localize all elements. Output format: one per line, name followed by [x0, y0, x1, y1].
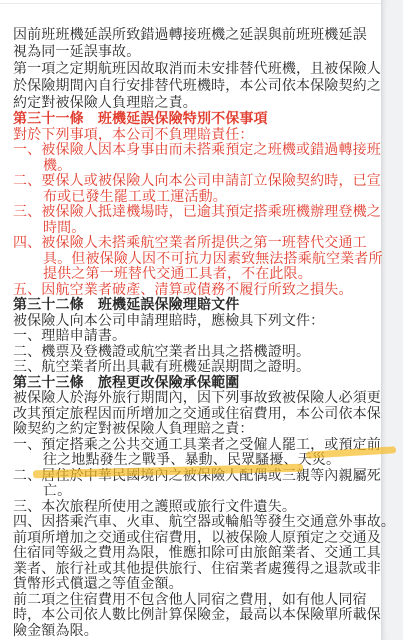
document-line: 時間。: [13, 221, 385, 237]
document-line: 第一項之定期航班因故取消而未安排替代班機，且被保險人: [13, 62, 385, 79]
document-line: 前二項之住宿費用不包含他人同宿之費用，如有他人同宿: [13, 593, 385, 609]
document-line: 視為同一延誤事故。: [13, 45, 385, 62]
document-line: 亡。: [13, 484, 385, 500]
document-line: 三、被保險人抵達機場時，已逾其預定搭乘班機辦理登機之: [13, 205, 385, 221]
document-line: 三、航空業者所出具載有班機延誤期間之證明。: [13, 360, 385, 376]
document-line: 具。但被保險人因不可抗力因素致無法搭乘航空業者所: [13, 252, 385, 268]
document-line: 一、理賠申請書。: [13, 329, 385, 345]
document-line: 四、被保險人未搭乘航空業者所提供之第一班替代交通工: [13, 236, 385, 252]
document-line: 住宿同等級之費用為限，惟應扣除可由旅館業者、交通工具: [13, 546, 385, 562]
document-line: 往之地點發生之戰爭、暴動、民眾騷擾、天災。: [13, 453, 385, 469]
policy-text-block: 因前班班機延誤所致錯過轉接班機之延誤與前班班機延誤視為同一延誤事故。第一項之定期…: [13, 28, 385, 639]
clause-heading: 第三十一條 班機延誤保險特別不保事項: [13, 112, 385, 128]
document-line: 因前班班機延誤所致錯過轉接班機之延誤與前班班機延誤: [13, 28, 385, 45]
document-line: 三、本次旅程所使用之護照或旅行文件遺失。: [13, 500, 385, 516]
document-line: 約定對被保險人負理賠之責。: [13, 96, 385, 113]
document-line: 改其預定旅程因而所增加之交通或住宿費用，本公司依本保: [13, 407, 385, 423]
document-line: 四、因搭乘汽車、火車、航空器或輪船等發生交通意外事故。: [13, 515, 385, 531]
document-line: 被保險人於海外旅行期間內，因下列事故致被保險人必須更: [13, 391, 385, 407]
document-line: 險金額為限。: [13, 624, 385, 640]
document-line: 五、因航空業者破產、清算或債務不履行所致之損失。: [13, 283, 385, 299]
document-line: 險契約之約定對被保險人負理賠之責：: [13, 422, 385, 438]
document-line: 於保險期間內自行安排替代班機時，本公司依本保險契約之: [13, 79, 385, 96]
document-line: 貨幣形式償還之等值金額。: [13, 577, 385, 593]
document-line: 二、要保人或被保險人向本公司申請訂立保險契約時，已宣: [13, 174, 385, 190]
document-line: 被保險人向本公司申請理賠時，應檢具下列文件：: [13, 314, 385, 330]
clause-heading: 第三十三條 旅程更改保險承保範圍: [13, 376, 385, 392]
document-line: 時，本公司依人數比例計算保險金，最高以本保險單所載保: [13, 608, 385, 624]
document-line: 提供之第一班替代交通工具者，不在此限。: [13, 267, 385, 283]
document-line: 機。: [13, 159, 385, 175]
document-line: 一、預定搭乘之公共交通工具業者之受僱人罷工，或預定前: [13, 438, 385, 454]
document-line: 布或已發生罷工或工運活動。: [13, 190, 385, 206]
document-line: 一、被保險人因本身事由而未搭乘預定之班機或錯過轉接班: [13, 143, 385, 159]
document-line: 業者、旅行社或其他提供旅行、住宿業者處獲得之退款或非: [13, 562, 385, 578]
document-viewer: 因前班班機延誤所致錯過轉接班機之延誤與前班班機延誤視為同一延誤事故。第一項之定期…: [0, 0, 403, 640]
document-line: 對於下列事項，本公司不負理賠責任：: [13, 128, 385, 144]
document-line: 前項所增加之交通或住宿費用，以被保險人原預定之交通及: [13, 531, 385, 547]
page-top-divider: [0, 3, 381, 4]
clause-heading: 第三十二條 班機延誤保險理賠文件: [13, 298, 385, 314]
document-line: 二、居住於中華民國境內之被保險人配偶或三親等內親屬死: [13, 469, 385, 485]
document-line: 二、機票及登機證或航空業者出具之搭機證明。: [13, 345, 385, 361]
